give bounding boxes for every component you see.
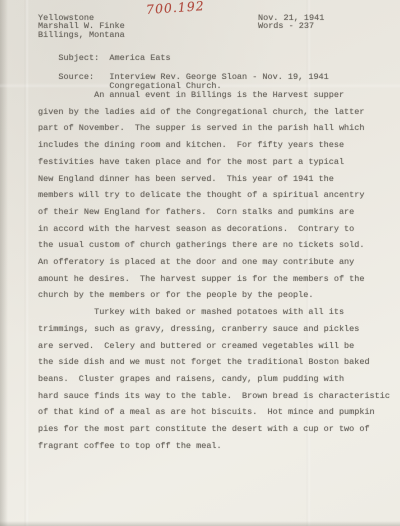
handwritten-catalog-number: 700.192 — [146, 0, 206, 17]
subject-label: Subject: — [58, 54, 109, 62]
subject-value: America Eats — [109, 54, 170, 62]
scanned-document-page: 700.192 Yellowstone Marshall W. Finke Bi… — [0, 0, 400, 526]
header-date-wordcount-block: Nov. 21, 1941 Words - 237 — [258, 14, 324, 31]
document-body-text: An annual event in Billings is the Harve… — [38, 87, 390, 454]
header-author-block: Yellowstone Marshall W. Finke Billings, … — [38, 14, 125, 39]
source-label: Source: — [58, 73, 109, 81]
